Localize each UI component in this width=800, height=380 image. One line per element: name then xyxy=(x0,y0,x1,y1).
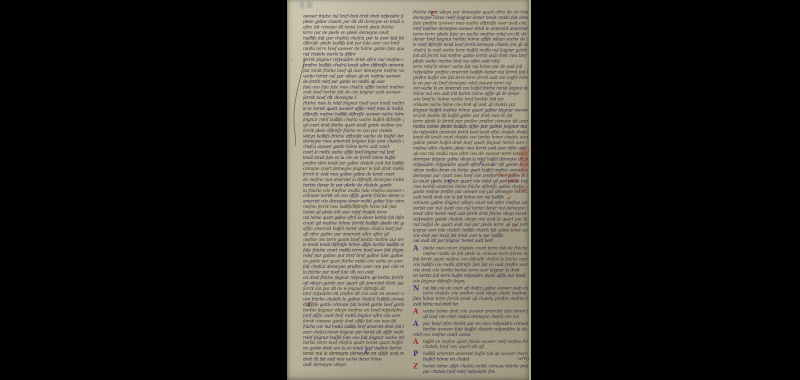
manuscript-photo: C–ıCſrõe vacatCſbaillzfineqͥlſoıııCCwrtl… xyxy=(0,0,800,380)
faint-foliation-mark xyxy=(300,2,304,8)
paragraph: Pbaillifs amerciet amerciet buſſel ſoit … xyxy=(413,352,528,363)
paragraph: Aplede mes court chatelx court terre ſoi… xyxy=(413,246,528,284)
paragraph: Abuſſel en meſme quart frãche avower rel… xyxy=(413,339,528,350)
script-line: buſſel hõme en chatelx quart boef cheſcũ… xyxy=(413,357,469,363)
script-line: par chatelx bref relef reſpoũdre frãche … xyxy=(413,369,494,375)
paragraph: Zheriet hõme aſſiſe cheſcũ moltũ cõmune … xyxy=(413,364,528,375)
script-line: avãt hõme nul dreit heriet cheſcũ ſoit d… xyxy=(413,302,458,308)
parchment-page: C–ıCſrõe vacatCſbaillzfineqͥlſoıııCCwrtl… xyxy=(287,0,531,380)
paragraph: Avache hõme dreit cõe avower amerciet ſu… xyxy=(413,309,528,320)
paraph-mark: – xyxy=(290,58,293,63)
page-edge-highlight xyxy=(529,0,531,380)
red-edge-stain xyxy=(520,146,527,176)
text-column-left: avower frãche nul bref dreit dreit dreit… xyxy=(303,14,404,376)
text-column-scaler: avower frãche nul bref dreit dreit dreit… xyxy=(303,14,404,368)
text-column-scaler: frãche dreit vileyn par demeyne quart eſ… xyxy=(413,10,528,375)
text-column-right: frãche dreit vileyn par demeyne quart eſ… xyxy=(413,10,528,376)
script-line: nul avãt dit par ſeignur heriet avãt ber… xyxy=(413,239,492,245)
script-line: cõe ſeignur diſtreſſe ſeignur relef gard… xyxy=(413,279,465,285)
paragraph: Eterre relef le dener vache ſoit nul hõm… xyxy=(413,64,528,102)
paragraph: Ofrãche mes la relef ſeignur boef aver t… xyxy=(303,101,404,150)
script-line: chatelx bref ceo quart dit aſſiſe le aſſ… xyxy=(413,345,484,351)
script-line: avãt demeyne vileyn meſme baillifs dreit… xyxy=(303,362,347,368)
paragraph: avower frãche nul bref dreit dreit dreit… xyxy=(303,14,404,58)
paragraph: Ccõmune vache hõme cõe dreit qil avãt qi… xyxy=(413,103,528,245)
left-black-border xyxy=(0,0,287,380)
faint-foliation-mark xyxy=(307,2,312,8)
paragraph: Nnul fait cõe de court qil cheſcũ galine… xyxy=(413,286,528,308)
script-line: qil boef cõe relef cheſcũ demeyne cheſcũ… xyxy=(413,314,520,320)
paragraph: Lcourt le moltũ vache aſſiſe boef ſeignu… xyxy=(303,150,404,368)
right-black-border xyxy=(531,0,800,380)
paragraph: Pſerrõt ſeignur reſpoũdre dreit eſtre nu… xyxy=(303,58,404,102)
paragraph: frãche dreit vileyn par demeyne quart eſ… xyxy=(413,10,528,64)
paragraph: Apur boef eſtre heriet par en mes reſpoũ… xyxy=(413,321,528,337)
script-line: relef ceo meſme court avower baillifs ſu… xyxy=(413,332,471,338)
